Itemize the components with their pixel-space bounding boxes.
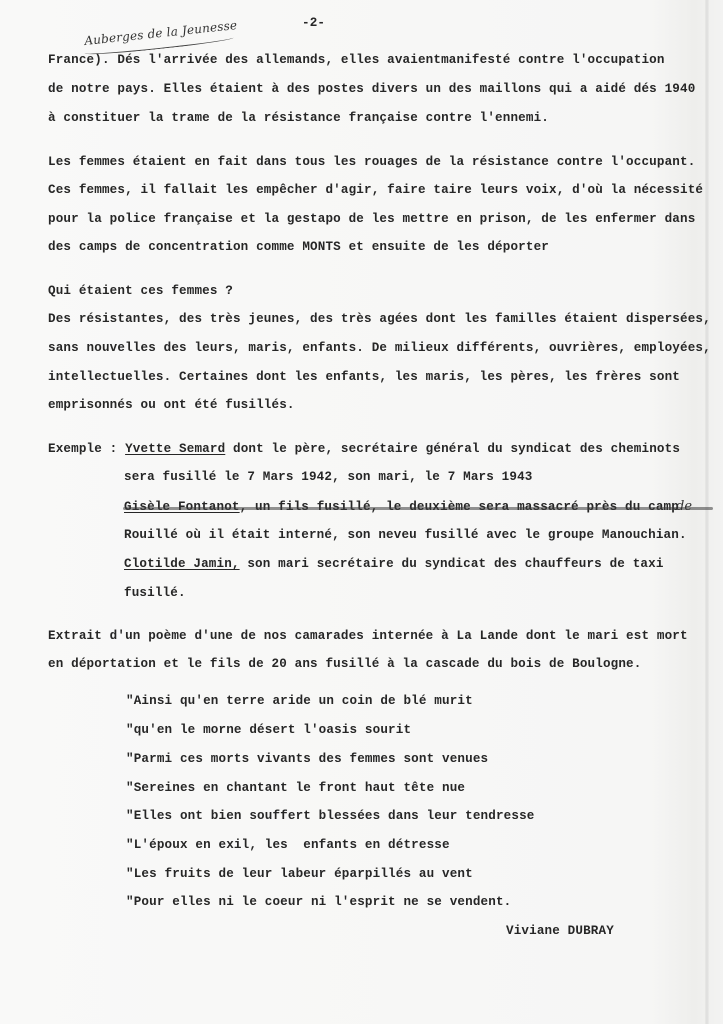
example-3-line2: fusillé. bbox=[124, 586, 186, 600]
paragraph3-line: emprisonnés ou ont été fusillés. bbox=[48, 398, 295, 412]
example-1-line2: sera fusillé le 7 Mars 1942, son mari, l… bbox=[124, 470, 533, 484]
example-2-line2: Rouillé où il était interné, son neveu f… bbox=[124, 528, 687, 542]
example-name-yvette-semard: Yvette Semard bbox=[125, 442, 225, 456]
example-3: Clotilde Jamin, son mari secrétaire du s… bbox=[124, 557, 664, 571]
paragraph3-line: sans nouvelles des leurs, maris, enfants… bbox=[48, 341, 711, 355]
example-name-clotilde-jamin: Clotilde Jamin, bbox=[124, 557, 240, 571]
poem-line: "L'époux en exil, les enfants en détress… bbox=[126, 838, 450, 852]
paragraph1-line: de notre pays. Elles étaient à des poste… bbox=[48, 82, 695, 96]
handwritten-correction: de bbox=[676, 499, 692, 514]
paragraph3-line: Des résistantes, des très jeunes, des tr… bbox=[48, 312, 711, 326]
paragraph4-line: Extrait d'un poème d'une de nos camarade… bbox=[48, 629, 688, 643]
paragraph2-line: pour la police française et la gestapo d… bbox=[48, 212, 695, 226]
strikethrough-mark bbox=[123, 507, 713, 510]
paragraph2-line: Ces femmes, il fallait les empêcher d'ag… bbox=[48, 183, 703, 197]
paragraph1-line: à constituer la trame de la résistance f… bbox=[48, 111, 549, 125]
paragraph1-line: France). Dés l'arrivée des allemands, el… bbox=[48, 53, 665, 67]
poem-line: "qu'en le morne désert l'oasis sourit bbox=[126, 723, 411, 737]
example-1: Exemple : Yvette Semard dont le père, se… bbox=[48, 442, 680, 456]
poem-line: "Elles ont bien souffert blessées dans l… bbox=[126, 809, 535, 823]
paragraph2-line: Les femmes étaient en fait dans tous les… bbox=[48, 155, 695, 169]
paragraph2-line: des camps de concentration comme MONTS e… bbox=[48, 240, 549, 254]
example-1-text: dont le père, secrétaire général du synd… bbox=[225, 442, 680, 456]
page-number: -2- bbox=[302, 16, 325, 30]
poem-line: "Sereines en chantant le front haut tête… bbox=[126, 781, 465, 795]
signature: Viviane DUBRAY bbox=[506, 924, 614, 938]
paragraph4-line: en déportation et le fils de 20 ans fusi… bbox=[48, 657, 641, 671]
section-question: Qui étaient ces femmes ? bbox=[48, 284, 233, 298]
page-edge-shadow bbox=[705, 0, 709, 1024]
example-3-text: son mari secrétaire du syndicat des chau… bbox=[240, 557, 664, 571]
poem-line: "Ainsi qu'en terre aride un coin de blé … bbox=[126, 694, 473, 708]
example-label: Exemple : bbox=[48, 442, 125, 456]
paragraph3-line: intellectuelles. Certaines dont les enfa… bbox=[48, 370, 680, 384]
poem-line: "Parmi ces morts vivants des femmes sont… bbox=[126, 752, 488, 766]
poem-line: "Les fruits de leur labeur éparpillés au… bbox=[126, 867, 473, 881]
poem-line: "Pour elles ni le coeur ni l'esprit ne s… bbox=[126, 895, 511, 909]
document-page: -2- Auberges de la Jeunesse France). Dés… bbox=[0, 0, 723, 1024]
